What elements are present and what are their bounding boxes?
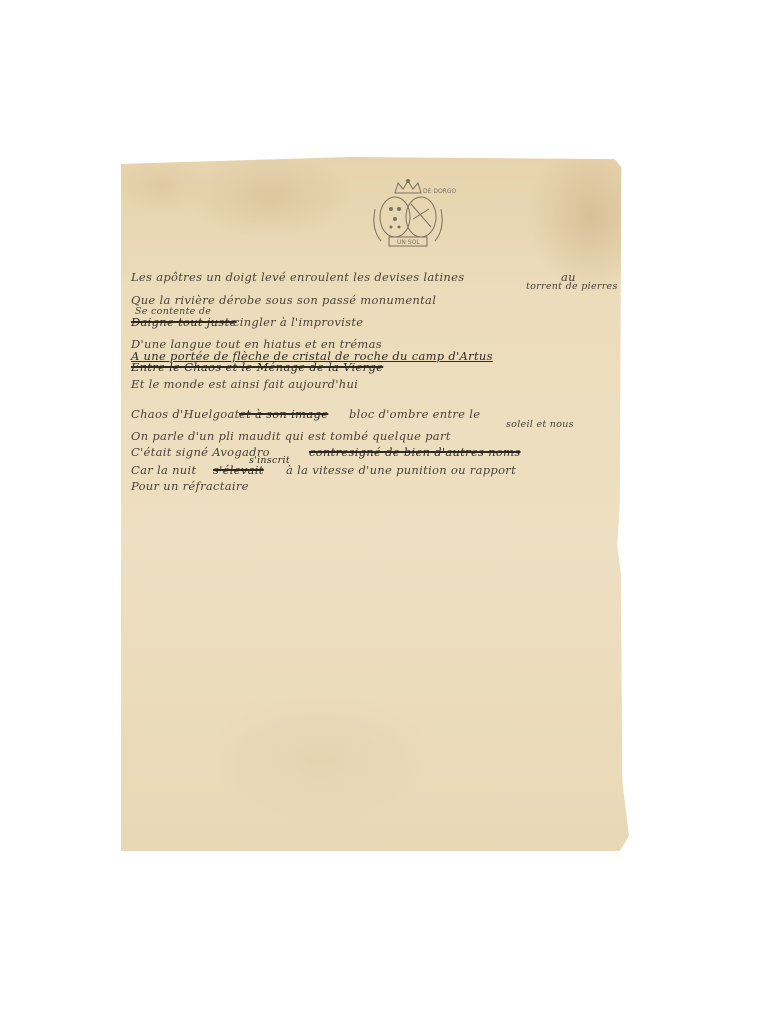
seal-stamp-icon: DE DORGO UN SOL	[353, 179, 463, 249]
manuscript-line: Pour un réfractaire	[131, 479, 249, 493]
manuscript-struck-text: Daigne tout juste	[131, 315, 237, 329]
svg-text:DE DORGO: DE DORGO	[423, 188, 456, 195]
manuscript-line: Car la nuit	[131, 463, 196, 477]
manuscript-line: On parle d'un pli maudit qui est tombé q…	[131, 429, 451, 443]
manuscript-struck-text: contresigné de bien d'autres noms	[309, 445, 521, 459]
manuscript-line-tail: bloc d'ombre entre le	[349, 407, 480, 421]
manuscript-line: Que la rivière dérobe sous son passé mon…	[131, 293, 436, 307]
manuscript-page: DE DORGO UN SOL Les apôtres un doigt lev…	[121, 157, 630, 851]
manuscript-line-tail: à la vitesse d'une punition ou rapport	[286, 463, 516, 477]
svg-text:UN SOL: UN SOL	[397, 239, 420, 246]
manuscript-line: Les apôtres un doigt levé enroulent les …	[131, 270, 464, 284]
manuscript-insertion: torrent de pierres	[526, 281, 618, 292]
manuscript-line-tail: cingler à l'improviste	[233, 315, 363, 329]
manuscript-line: Et le monde est ainsi fait aujourd'hui	[131, 377, 358, 391]
manuscript-insertion: soleil et nous	[506, 419, 574, 430]
manuscript-struck-text: s'élevait	[213, 463, 264, 477]
manuscript-line: Chaos d'Huelgoat	[131, 407, 240, 421]
manuscript-struck-text: Entre le Chaos et le Ménage de la Vierge	[131, 360, 383, 374]
manuscript-struck-text: et à son image	[239, 407, 328, 421]
